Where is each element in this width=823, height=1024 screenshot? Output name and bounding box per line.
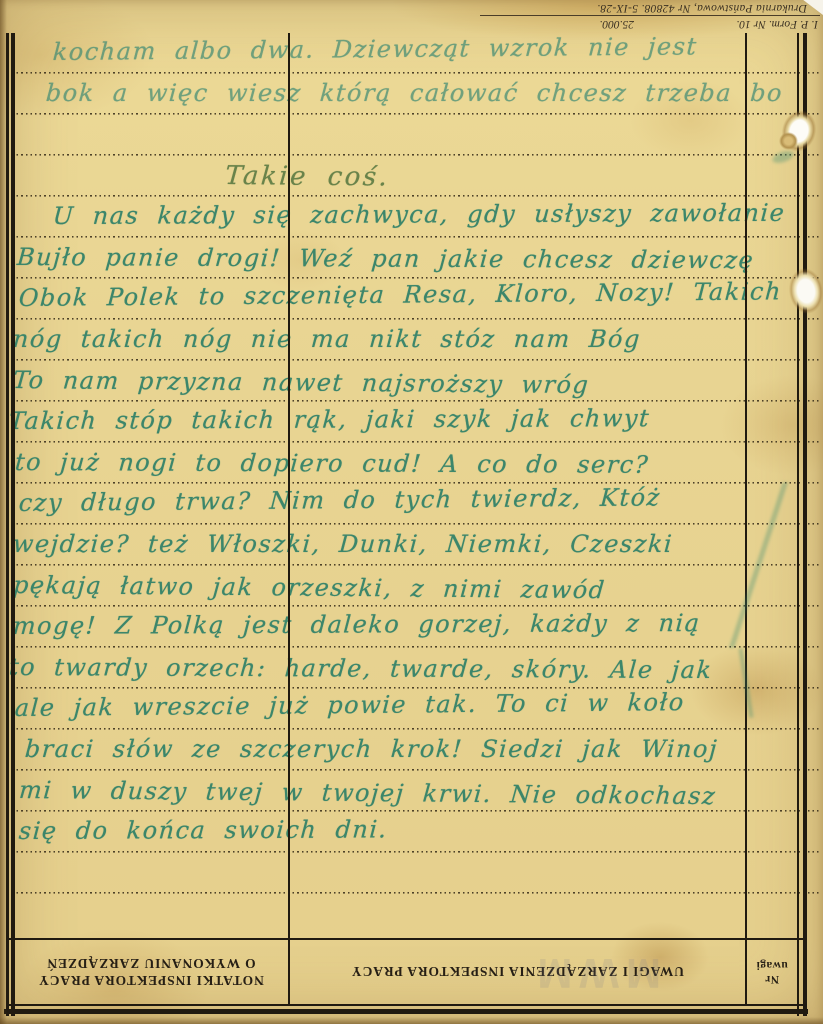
table-border-bottom-inner (6, 1004, 807, 1006)
handwriting-line: Bujło panie drogi! Weź pan jakie chcesz … (16, 243, 755, 274)
handwriting-line: braci słów ze szczerych krok! Siedzi jak… (24, 735, 719, 763)
column-divider-1 (288, 33, 290, 1006)
handwriting-line: czy długo trwa? Nim do tych twierdz, Któ… (18, 483, 662, 517)
ruled-line (12, 728, 820, 730)
ruled-line (12, 646, 820, 648)
ruled-line (12, 810, 820, 812)
column-divider-2 (745, 33, 747, 1006)
ruled-line (12, 359, 820, 361)
table-border-left-inner (11, 33, 15, 1016)
footer-header-nr-line1: Nr (765, 972, 779, 986)
ruled-line (12, 769, 820, 771)
handwriting-line: ale jak wreszcie już powie tak. To ci w … (14, 688, 686, 722)
top-imprint: I. P. Form. Nr 10. 25.000. Drukarnia Pań… (295, 1, 820, 30)
imprint-form-number: I. P. Form. Nr 10. (736, 18, 818, 30)
ruled-line (12, 113, 820, 115)
footer-header-notes-line1: NOTATKI INSPEKTORA PRACY (38, 972, 264, 989)
ruled-line (12, 441, 820, 443)
table-border-right-inner (797, 33, 799, 1016)
ruled-line (12, 72, 820, 74)
ink-smudge (771, 149, 795, 165)
handwriting-line: to już nogi to dopiero cud! A co do serc… (14, 448, 650, 479)
handwriting-line: pękają łatwo jak orzeszki, z nimi zawód (12, 571, 607, 604)
table-border-right-outer (803, 33, 807, 1016)
footer-header-notes-line2: O WYKONANIU ZARZĄDZEŃ (46, 955, 255, 972)
handwriting-line: to twardy orzech: harde, twarde, skóry. … (8, 653, 714, 684)
table-border-bottom-outer (4, 1009, 808, 1014)
ruled-line (12, 400, 820, 402)
handwriting-line: To nam przyzna nawet najsroższy wróg (12, 366, 590, 399)
handwriting-line: Takich stóp takich rąk, jaki szyk jak ch… (8, 404, 651, 435)
ruled-line (12, 687, 820, 689)
handwriting-line: nóg takich nóg nie ma nikt stóz nam Bóg (12, 325, 642, 353)
scanned-document-page: kocham albo dwa. Dziewcząt wzrok nie jes… (0, 0, 823, 1024)
imprint-divider (480, 15, 820, 16)
imprint-printer-line: Drukarnia Państwowa, Nr 42808. 5-IX-28. (295, 1, 820, 14)
ruled-line (12, 318, 820, 320)
page-edge-shadow (0, 1017, 823, 1024)
footer-header-nr-line2: uwagi (756, 958, 787, 972)
handwriting-line: wejdzie? też Włoszki, Dunki, Niemki, Cze… (12, 530, 674, 558)
handwriting-line: się do końca swoich dni. (18, 815, 389, 845)
paper-hole (779, 132, 798, 150)
paper-hole (786, 266, 823, 316)
imprint-print-run: 25.000. (600, 18, 635, 30)
handwriting-heading: Takie coś. (224, 161, 391, 192)
footer-header-notes: NOTATKI INSPEKTORA PRACY O WYKONANIU ZAR… (14, 941, 288, 1003)
imprint-row: I. P. Form. Nr 10. 25.000. (295, 17, 820, 30)
ruled-line (12, 195, 820, 197)
page-edge-shadow (0, 0, 7, 1024)
footer-header-remarks: MWM UWAGI I ZARZĄDZENIA INSPEKTORA PRACY (290, 941, 745, 1003)
handwriting-line: Obok Polek to szczenięta Resa, Kloro, No… (18, 277, 783, 312)
ruled-line (12, 605, 820, 607)
ruled-line (12, 523, 820, 525)
footer-header-top-line (6, 938, 807, 940)
watermark: MWM (530, 949, 661, 997)
ruled-line (12, 892, 820, 894)
footer-header-nr: Nr uwagi (747, 941, 797, 1003)
ruled-line (12, 564, 820, 566)
handwriting-line: U nas każdy się zachwyca, gdy usłyszy za… (52, 199, 786, 230)
ruled-line (12, 154, 820, 156)
handwriting-line: bok a więc wiesz którą całować chcesz tr… (45, 79, 784, 107)
ruled-line (12, 851, 820, 853)
handwriting-line: mogę! Z Polką jest daleko gorzej, każdy … (12, 609, 701, 640)
handwriting-line: kocham albo dwa. Dziewcząt wzrok nie jes… (52, 32, 699, 66)
ruled-line (12, 236, 820, 238)
ruled-line (12, 482, 820, 484)
handwriting-line: mi w duszy twej w twojej krwi. Nie odkoc… (18, 776, 717, 810)
